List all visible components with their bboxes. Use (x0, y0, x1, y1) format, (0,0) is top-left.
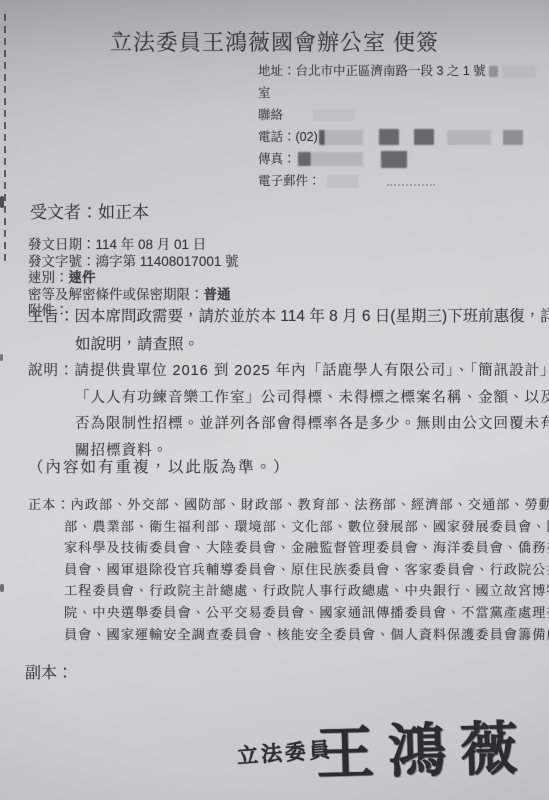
fax-line: 傳真： (258, 148, 536, 170)
duplicate-note: （內容如有重複，以此版為準。） (28, 455, 291, 477)
priority-label: 速別： (28, 270, 69, 285)
issue-date-line: 發文日期：114 年 08 月 01 日 (28, 237, 239, 254)
signature-name-stamp: 王鴻薇 (315, 701, 533, 791)
redaction-block (502, 65, 536, 78)
address-line-2: 室 (258, 82, 536, 104)
redaction-block (313, 109, 355, 121)
classification-line: 密等及解密條件或保密期限：普通 (28, 287, 239, 304)
recipient-line: 受文者：如正本 (30, 198, 149, 223)
phone-line: 電話：(02) (258, 126, 536, 148)
redaction-dots (387, 184, 435, 186)
address-line: 地址：台北市中正區濟南路一段 3 之 1 號 (258, 60, 536, 82)
priority-line: 速別：速件 (28, 270, 239, 287)
description-label: 說明： (28, 363, 75, 379)
redaction-block (325, 130, 363, 145)
phone-prefix: (02) (296, 126, 318, 148)
office-contact-block: 地址：台北市中正區濟南路一段 3 之 1 號 室 聯絡 電話：(02) 傳真： (258, 60, 536, 192)
subject-label: 主旨： (28, 308, 75, 325)
recipient-label: 受文者： (30, 203, 98, 222)
copy-line: 副本： (25, 660, 73, 683)
priority-value: 速件 (69, 270, 96, 285)
phone-label: 電話： (258, 126, 296, 148)
subject-text: 因本席問政需要，請於並於本 114 年 8 月 6 日(星期三)下班前惠復，詳如… (75, 308, 549, 353)
doc-number-label: 發文字號： (28, 254, 96, 269)
redaction-block (447, 130, 491, 145)
description-text: 請提供貴單位 2016 到 2025 年內「話鹿學人有限公司」、「簡訊設計」、「… (75, 363, 549, 459)
scanned-memo-page: 立法委員王鴻薇國會辦公室 便簽 地址：台北市中正區濟南路一段 3 之 1 號 室… (0, 0, 549, 800)
recipient-value: 如正本 (98, 203, 149, 222)
email-label: 電子郵件： (258, 170, 321, 192)
email-line: 電子郵件： (258, 170, 536, 192)
original-label: 正本： (28, 497, 71, 512)
fax-label: 傳真： (258, 148, 296, 170)
classification-value: 普通 (204, 287, 231, 302)
description-paragraph: 說明：請提供貴單位 2016 到 2025 年內「話鹿學人有限公司」、「簡訊設計… (28, 358, 549, 464)
original-list: 內政部、外交部、國防部、財政部、教育部、法務部、經濟部、交通部、勞動部、農業部、… (64, 497, 549, 642)
redaction-block (298, 152, 311, 166)
scan-artifact (0, 196, 4, 208)
address-label: 地址： (258, 60, 296, 82)
scan-artifact (0, 584, 4, 592)
redaction-block (327, 175, 359, 188)
contact-person-label: 聯絡 (258, 104, 283, 126)
document-title: 立法委員王鴻薇國會辦公室 便簽 (0, 26, 549, 57)
issue-date-label: 發文日期： (28, 237, 96, 252)
doc-number-value: 鴻字第 11408017001 號 (96, 254, 239, 269)
contact-person-line: 聯絡 (258, 104, 536, 126)
original-recipients-paragraph: 正本：內政部、外交部、國防部、財政部、教育部、法務部、經濟部、交通部、勞動部、農… (28, 494, 549, 645)
redaction-block (414, 129, 434, 145)
scan-artifact (0, 354, 3, 361)
redaction-block (319, 130, 325, 145)
redaction-block (503, 130, 523, 145)
subject-paragraph: 主旨：因本席問政需要，請於並於本 114 年 8 月 6 日(星期三)下班前惠復… (28, 303, 549, 359)
redaction-block (311, 152, 363, 166)
redaction-block (379, 129, 399, 145)
redaction-block (489, 66, 498, 77)
address-value: 台北市中正區濟南路一段 3 之 1 號 (296, 60, 486, 82)
doc-number-line: 發文字號：鴻字第 11408017001 號 (28, 254, 239, 271)
issue-date-value: 114 年 08 月 01 日 (96, 237, 207, 252)
address-continuation: 室 (258, 82, 271, 104)
classification-label: 密等及解密條件或保密期限： (28, 287, 204, 302)
redaction-block (381, 151, 407, 168)
